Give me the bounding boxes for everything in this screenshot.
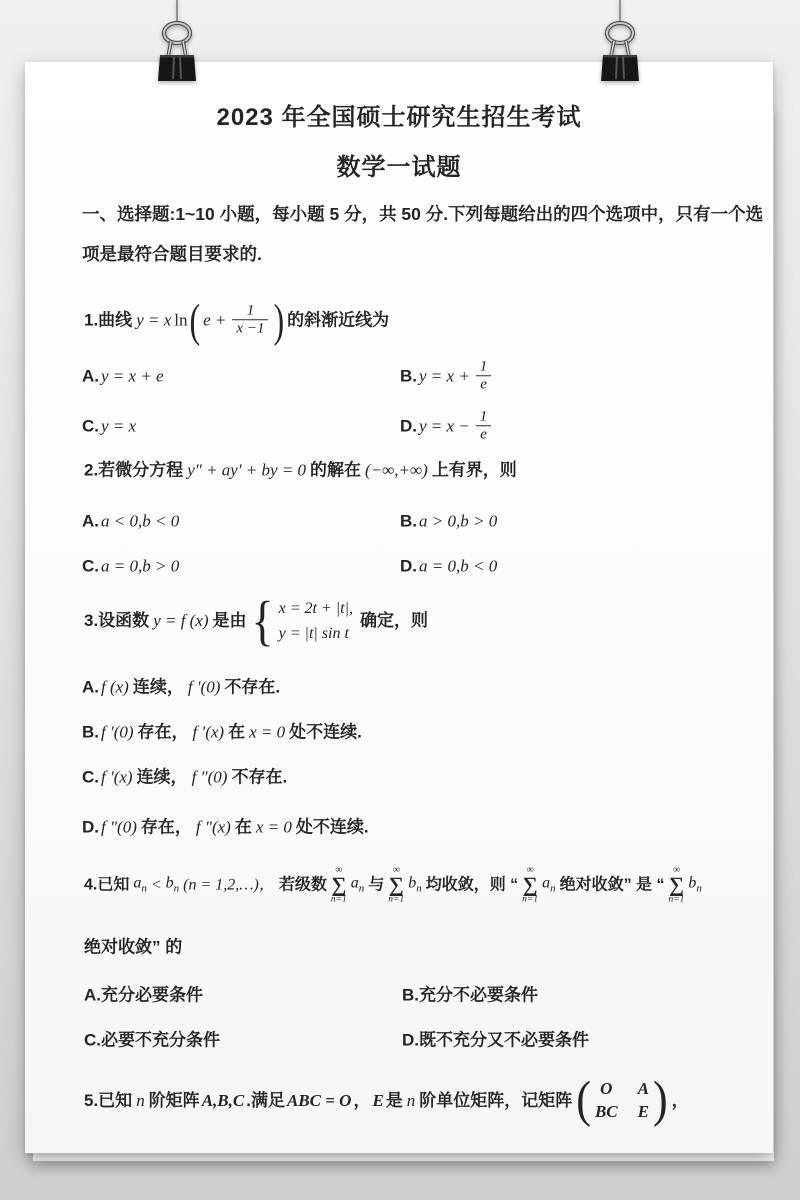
subtitle-text: 数学一试题	[337, 153, 462, 183]
binder-clip-left-icon	[147, 0, 207, 88]
matrix-cell-br: E	[638, 1101, 649, 1122]
denominator: x −1	[232, 320, 268, 338]
binder-clip-right-icon	[590, 0, 650, 88]
b-sub-n: bn	[166, 874, 180, 897]
question-2-stem: 2.若微分方程 y″ + ay′ + by = 0 的解在 (−∞,+∞) 上有…	[82, 459, 727, 480]
q3-option-d: D. f ″(0) 存在， f ″(x) 在 x = 0 处不连续.	[82, 816, 727, 837]
fraction: 1x −1	[230, 302, 270, 338]
a-sub-n: an	[542, 874, 556, 897]
q1-math: y = x	[136, 309, 171, 330]
left-brace: {	[252, 593, 274, 648]
q1-option-d: D. y = x − 1e	[400, 408, 727, 444]
q2-option-b: B. a > 0,b > 0	[400, 510, 727, 531]
question-5-stem: 5.已知 n 阶矩阵 A,B,C .满足 ABC = O ， E 是 n 阶单位…	[82, 1078, 727, 1123]
q2-option-a: A. a < 0,b < 0	[82, 510, 400, 531]
case-1: x = 2t + |t|,	[279, 599, 353, 619]
numerator: 1	[243, 302, 259, 319]
q1-inner: e +	[203, 309, 226, 330]
q3-option-b: B. f ′(0) 存在， f ′(x) 在 x = 0 处不连续.	[82, 721, 727, 742]
fraction: 1e	[474, 408, 494, 444]
section-heading-line2: 项是最符合题目要求的.	[82, 244, 727, 266]
matrix-cell-tl: O	[595, 1078, 618, 1099]
q3-option-c: C. f ′(x) 连续， f ″(0) 不存在.	[82, 766, 727, 787]
q2-option-c: C. a = 0,b > 0	[82, 555, 400, 576]
numerator: 1	[476, 408, 492, 425]
matrix-cell-tr: A	[638, 1078, 649, 1099]
q1-options-row-cd: C. y = x D. y = x − 1e	[82, 408, 727, 444]
q1-option-c: C. y = x	[82, 415, 400, 436]
q4-options-row-cd: C.必要不充分条件 D.既不充分又不必要条件	[82, 1029, 727, 1050]
q3-option-a: A. f (x) 连续， f ′(0) 不存在.	[82, 676, 727, 697]
summation: ∞∑n=1	[388, 865, 404, 904]
q1-options-row-ab: A. y = x + e B. y = x + 1e	[82, 358, 727, 394]
question-1-stem: 1.曲线 y = x ln ( e + 1x −1 ) 的斜渐近线为	[82, 302, 727, 338]
q1-prefix: 1.曲线	[84, 309, 132, 330]
matrix-cell-bl: BC	[595, 1101, 618, 1122]
q4-options-row-ab: A.充分必要条件 B.充分不必要条件	[82, 984, 727, 1005]
photo-of-exam-paper: { "palette":{"background_top":"#f0f0f0",…	[0, 0, 800, 1200]
left-paren: (	[576, 1075, 591, 1126]
block-matrix: ( O A BC E )	[576, 1078, 667, 1123]
a-sub-n: an	[351, 874, 365, 897]
question-3-stem: 3.设函数 y = f (x) 是由 { x = 2t + |t|, y = |…	[82, 598, 727, 644]
right-paren: )	[273, 297, 284, 343]
b-sub-n: bn	[408, 874, 422, 897]
a-sub-n: an	[133, 874, 147, 897]
summation: ∞∑n=1	[522, 865, 538, 904]
section-heading-line1: 一、选择题:1~10 小题，每小题 5 分，共 50 分.下列每题给出的四个选项…	[82, 204, 727, 226]
left-paren: (	[189, 297, 200, 343]
fraction: 1e	[474, 358, 494, 394]
summation: ∞∑n=1	[331, 865, 347, 904]
exam-title: 2023 年全国硕士研究生招生考试	[25, 103, 773, 133]
q4-option-c: C.必要不充分条件	[82, 1029, 400, 1050]
right-paren: )	[653, 1075, 668, 1126]
title-text: 2023 年全国硕士研究生招生考试	[216, 103, 581, 133]
exam-subtitle: 数学一试题	[25, 153, 773, 183]
numerator: 1	[476, 358, 492, 375]
denominator: e	[476, 426, 491, 444]
summation: ∞∑n=1	[669, 865, 685, 904]
cases-system: { x = 2t + |t|, y = |t| sin t	[252, 598, 355, 644]
q2-options-row-cd: C. a = 0,b > 0 D. a = 0,b < 0	[82, 555, 727, 576]
q1-option-b: B. y = x + 1e	[400, 358, 727, 394]
question-4-stem: 4.已知 an < bn (n = 1,2,…)， 若级数 ∞∑n=1 an 与…	[82, 865, 727, 904]
exam-paper-sheet: 2023 年全国硕士研究生招生考试 数学一试题 一、选择题:1~10 小题，每小…	[25, 62, 773, 1153]
q1-ln: ln	[174, 309, 187, 330]
q4-option-d: D.既不充分又不必要条件	[400, 1029, 727, 1050]
q4-option-a: A.充分必要条件	[82, 984, 400, 1005]
question-4-stem-line2: 绝对收敛” 的	[82, 936, 727, 957]
q1-option-a: A. y = x + e	[82, 365, 400, 386]
q4-option-b: B.充分不必要条件	[400, 984, 727, 1005]
q2-options-row-ab: A. a < 0,b < 0 B. a > 0,b > 0	[82, 510, 727, 531]
case-2: y = |t| sin t	[279, 624, 353, 644]
q1-suffix: 的斜渐近线为	[287, 309, 389, 330]
denominator: e	[476, 376, 491, 394]
b-sub-n: bn	[688, 874, 702, 897]
q2-option-d: D. a = 0,b < 0	[400, 555, 727, 576]
